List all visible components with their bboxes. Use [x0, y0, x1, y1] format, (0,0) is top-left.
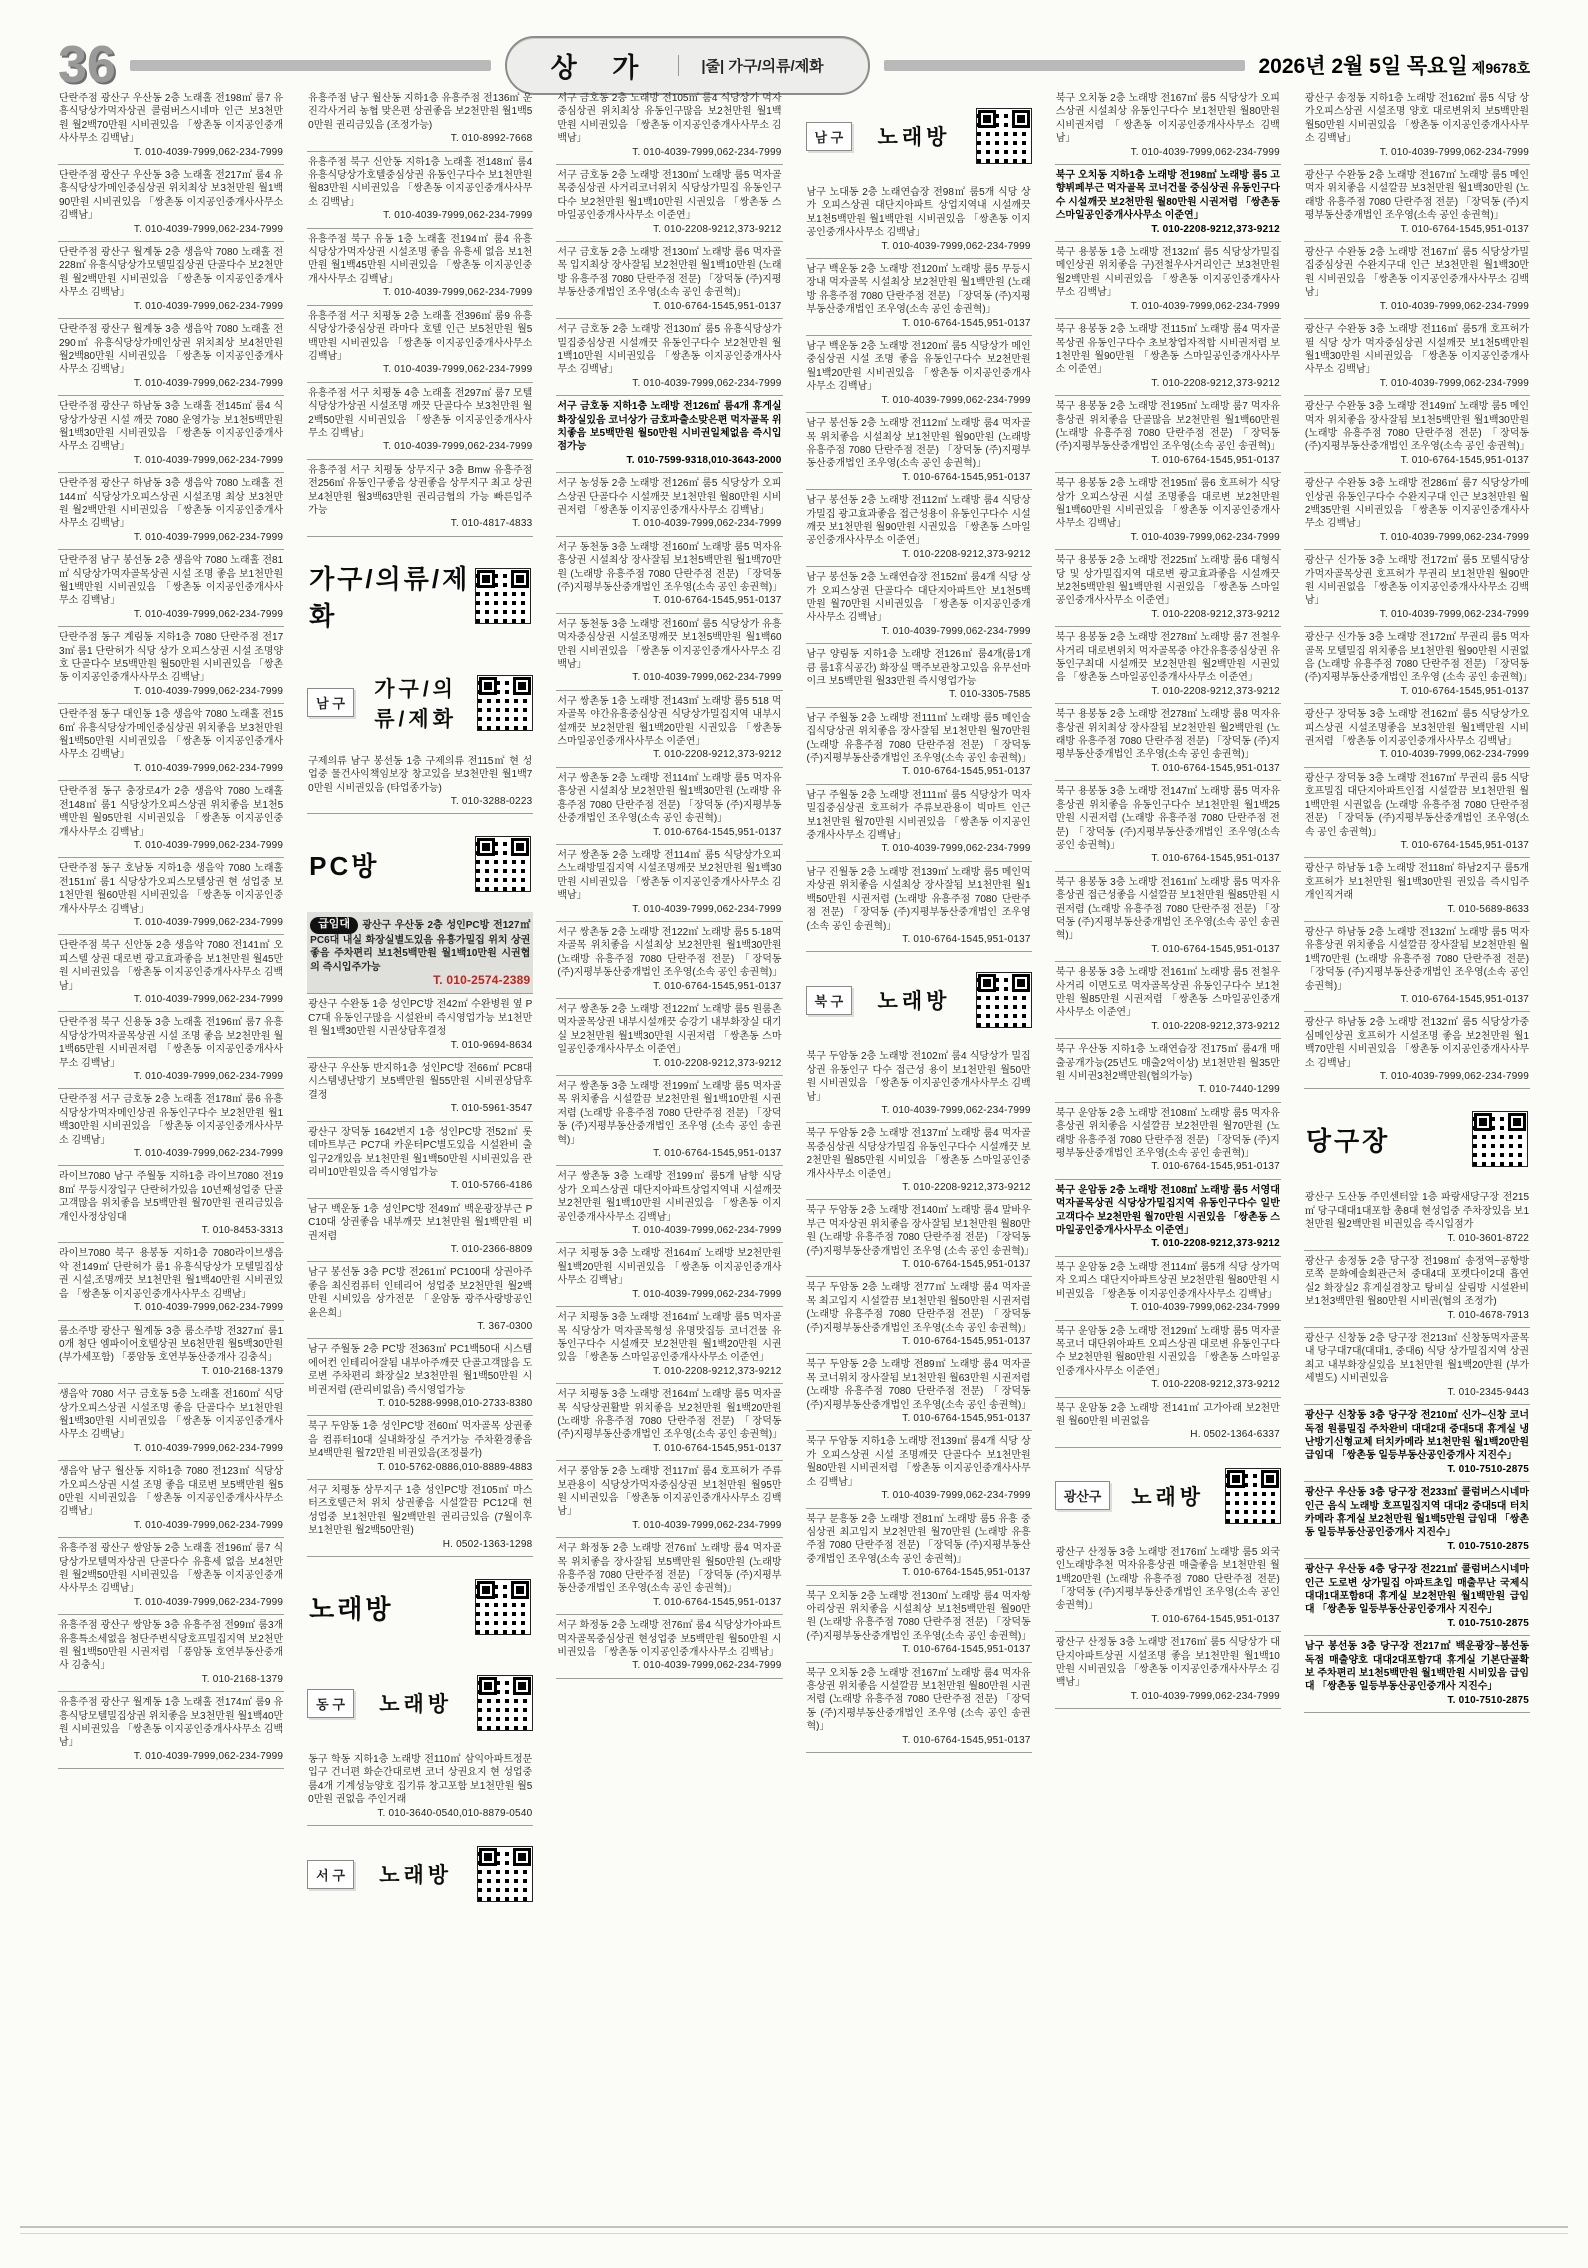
ad-text: 서구 쌍촌동 1층 노래방 전143㎡ 노래방 룸5 518 먹자골목 야간유흥…: [557, 696, 781, 747]
ad-phone: T. 010-4039-7999,062-234-7999: [557, 517, 781, 530]
classified-ad: 유흥주점 광산구 쌍암동 3층 유흥주점 전99㎡ 룸3개 유흥특소세없음 첨단…: [58, 1615, 284, 1692]
ad-text: 서구 금호동 2층 노래방 전105㎡ 룸4 식당상가 먹자중심상권 위치최상 …: [557, 93, 781, 144]
ad-text: 광산구 신가동 3층 노래방 전172㎡ 룸5 모텔식당상가먹자골목상권 호프허…: [1305, 555, 1529, 606]
classified-ad: 광산구 수완동 2층 노래방 전167㎡ 룸5 식당상가밀집중심상권 수완지구대…: [1304, 242, 1530, 319]
ad-phone: T. 010-2208-9212,373-9212: [557, 1057, 781, 1070]
classified-ad: 북구 오치동 2층 노래방 전167㎡ 룸5 식당상가 오피스상권 시설최상 유…: [1055, 88, 1281, 165]
ad-text: 북구 운암동 2층 노래방 전108㎡ 노래방 룸5 먹자유흥상권 위치좋음 시…: [1056, 1108, 1280, 1159]
ad-phone: T. 010-3288-0223: [308, 795, 532, 808]
classified-ad: 남구 진월동 2층 노래방 전139㎡ 노래방 룸5 메인먹자상권 위치좋음 시…: [806, 862, 1032, 952]
ad-text: 남구 봉선동 2층 노래방 전112㎡ 노래방 룸4 먹자골목 위치좋음 시설최…: [807, 418, 1031, 469]
ad-text: 광산구 우산동 반지하1층 성인PC방 전66㎡ PC8대 시스템냉난방기 보5…: [308, 1063, 532, 1101]
ad-text: 단란주점 북구 신용동 3층 노래홀 전196㎡ 룸7 유흥식당상가먹자골목상권…: [59, 1017, 283, 1068]
classified-ad: 서구 농성동 2층 노래방 전126㎡ 룸5 식당상가 오피스상권 단골다수 시…: [556, 473, 782, 537]
ad-text: 광산구 장덕동 3층 노래방 전162㎡ 룸5 식당상가오피스상권 시설조명좋음…: [1305, 709, 1529, 747]
ad-phone: T. 010-4039-7999,062-234-7999: [59, 300, 283, 313]
ad-text: 단란주점 광산구 월계동 2층 생음악 7080 노래홀 전228㎡ 유흥식당상…: [59, 247, 283, 298]
ad-text: 북구 운암동 2층 노래방 전114㎡ 룸5개 식당 상가먹자 오피스 대단지아…: [1056, 1262, 1280, 1300]
ad-text: 광산구 수완동 3층 노래방 전116㎡ 룸5개 호프허가필 식당 상가 먹자중…: [1305, 324, 1529, 375]
classified-ad: 남구 노대동 2층 노래연습장 전98㎡ 룸5개 식당 상가 오피스상권 대단지…: [806, 182, 1032, 259]
column-2: 유흥주점 남구 월산동 지하1층 유흥주점 전136㎡ 운진각사거리 농협 맞은…: [307, 88, 533, 2164]
ad-phone: T. 010-6764-1545,951-0137: [807, 1643, 1031, 1656]
ad-phone: T. 010-7510-2875: [1305, 1463, 1529, 1476]
classified-ad: 남구 백운동 2층 노래방 전120㎡ 룸5 식당상가 메인중심상권 시설 조명…: [806, 336, 1032, 413]
ad-text: 라이브7080 남구 주월동 지하1층 라이브7080 전198㎡ 무등시장입구…: [59, 1171, 283, 1222]
region-badge: 동 구: [307, 1689, 354, 1718]
classified-ad: 단란주점 북구 신용동 3층 노래홀 전196㎡ 룸7 유흥식당상가먹자골목상권…: [58, 1012, 284, 1089]
classified-ad: 유흥주점 남구 월산동 지하1층 유흥주점 전136㎡ 운진각사거리 농협 맞은…: [307, 88, 533, 152]
classified-ad: 단란주점 광산구 우산동 2층 노래홀 전198㎡ 룸7 유흥식당상가먹자상권 …: [58, 88, 284, 165]
qr-code-icon: [477, 1846, 533, 1902]
ad-phone: T. 010-6764-1545,951-0137: [1305, 993, 1529, 1006]
classified-ad: 서구 동천동 3층 노래방 전160㎡ 룸5 식당상가 유흥먹자중심상권 시설조…: [556, 614, 782, 691]
classified-ad: 서구 금호동 지하1층 노래방 전126㎡ 룸4개 휴게실 화장실있음 코너상가…: [556, 396, 782, 473]
ad-phone: T. 010-4039-7999,062-234-7999: [59, 916, 283, 929]
footer-rule-thin: [20, 2233, 1568, 2234]
subsection-title: 노래방: [362, 1688, 469, 1718]
subsection-header: 남 구가구/의류/제화: [307, 653, 533, 751]
section-title: 당구장: [1306, 1121, 1390, 1158]
classified-ad: 북구 운암동 2층 노래방 전129㎡ 노래방 룸5 먹자골목코너 대단위아파트…: [1055, 1321, 1281, 1398]
classified-ad: 단란주점 동구 계림동 지하1층 7080 단란주점 전173㎡ 룸1 단란허가…: [58, 627, 284, 704]
ad-text: 북구 두암동 2층 노래방 전102㎡ 룸4 식당상가 밀집상권 유동인구 다수…: [807, 1051, 1031, 1102]
classified-ad: 광산구 수완동 3층 노래방 전286㎡ 룸7 식당상가메인상권 유동인구다수 …: [1304, 473, 1530, 550]
ad-phone: T. 010-6764-1545,951-0137: [1305, 839, 1529, 852]
classified-ad: 서구 금호동 2층 노래방 전130㎡ 노래방 룸6 먹자골목 입지최상 장사잘…: [556, 242, 782, 319]
date-text: 2026년 2월 5일 목요일: [1259, 55, 1468, 78]
ad-text: 북구 용봉동 3층 노래방 전161㎡ 노래방 룸5 전철우사거리 이면도로 먹…: [1056, 967, 1280, 1018]
classified-ad: 생음악 7080 서구 금호동 5층 노래홀 전160㎡ 식당상가오피스상권 시…: [58, 1384, 284, 1461]
ad-phone: T. 010-4039-7999,062-234-7999: [1305, 1070, 1529, 1083]
ad-phone: T. 010-4039-7999,062-234-7999: [807, 625, 1031, 638]
classified-ad: 광산구 산정동 3층 노래방 전176㎡ 노래방 룸5 외국인노래방추천 먹자유…: [1055, 1542, 1281, 1632]
ad-text: 남구 주월동 2층 노래방 전111㎡ 룸5 식당상가 먹자밀집중심상권 호프허…: [807, 790, 1031, 841]
ad-text: 서구 금호동 2층 노래방 전130㎡ 노래방 룸6 먹자골목 입지최상 장사잘…: [557, 247, 781, 298]
ad-text: 남구 주월동 2층 노래방 전111㎡ 노래방 룸5 메인술집식당상권 위치좋음…: [807, 713, 1032, 764]
ad-phone: T. 010-4039-7999,062-234-7999: [1305, 300, 1529, 313]
classified-ad: 유흥주점 광산구 쌍암동 2층 노래홀 전196㎡ 룸7 식당상가모텔먹자상권 …: [58, 1538, 284, 1615]
classified-ad: 광산구 수완동 1층 성인PC방 전42㎡ 수완병원 옆 PC7대 유동인구많음…: [307, 994, 533, 1058]
ad-text: 단란주점 북구 신안동 2층 생음악 7080 전141㎡ 오피스텔 상권 대로…: [59, 940, 283, 991]
classified-ad: 광산구 우산동 4층 당구장 전221㎡ 콜럼버스시네마인근 도로변 상가밀집 …: [1304, 1559, 1530, 1636]
ad-phone: T. 010-6764-1545,951-0137: [807, 317, 1031, 330]
classified-ad: 서구 금호동 2층 노래방 전130㎡ 노래방 룸5 먹자골목중심상권 사거리코…: [556, 165, 782, 242]
ad-phone: T. 010-4039-7999,062-234-7999: [1305, 377, 1529, 390]
ad-text: 동구 학동 지하1층 노래방 전110㎡ 삼익아파트정문입구 건너편 화순간대로…: [308, 1754, 532, 1805]
ad-text: 서구 풍암동 2층 노래방 전117㎡ 룸4 호프허가 주류보관용이 식당상가먹…: [557, 1466, 781, 1517]
subsection-header: 서 구노래방: [307, 1826, 533, 1920]
ad-text: 유흥주점 광산구 쌍암동 3층 유흥주점 전99㎡ 룸3개 유흥특소세없음 첨단…: [59, 1620, 283, 1671]
ad-phone: T. 010-6764-1545,951-0137: [807, 471, 1031, 484]
classified-ad: 유흥주점 서구 치평동 2층 노래홀 전396㎡ 룸9 유흥식당상가중심상권 라…: [307, 306, 533, 383]
classified-ad: 북구 오치동 지하1층 노래방 전198㎡ 노래방 룸5 고향뷔페부근 먹자골목…: [1055, 165, 1281, 242]
subsection-header: 남 구노래방: [806, 88, 1032, 182]
ad-text: 서구 화정동 2층 노래방 전76㎡ 노래방 룸4 먹자골목 위치좋음 장사잘됨…: [557, 1543, 781, 1594]
classified-ad: 남구 양림동 지하1층 노래방 전126㎡ 룸4개(룸1개큼 룸1휴식공간) 화…: [806, 644, 1032, 708]
region-badge: 서 구: [307, 1860, 354, 1889]
ad-phone: T. 010-4039-7999,062-234-7999: [1305, 531, 1529, 544]
ad-phone: T. 010-6764-1545,951-0137: [807, 1734, 1031, 1747]
ad-phone: H. 0502-1363-1298: [308, 1538, 532, 1551]
classified-ad: 광산구 송정동 2층 당구장 전198㎡ 송정역~공항방로쪽 문화예술회관근처 …: [1304, 1251, 1530, 1328]
ad-phone: T. 010-4039-7999,062-234-7999: [308, 209, 532, 222]
ad-text: 북구 오치동 2층 노래방 전167㎡ 노래방 룸4 먹자유흥상권 위치좋음 시…: [807, 1668, 1031, 1733]
ad-phone: T. 010-4039-7999,062-234-7999: [59, 608, 283, 621]
ad-text: 남구 봉선동 2층 노래방 전112㎡ 노래방 룸4 식당상가밀집 광고효과좋음…: [807, 495, 1031, 546]
classified-ad: 북구 운암동 2층 노래방 전114㎡ 룸5개 식당 상가먹자 오피스 대단지아…: [1055, 1257, 1281, 1321]
footer-rule-thick: [20, 2226, 1568, 2228]
classified-ad: 단란주점 북구 신안동 2층 생음악 7080 전141㎡ 오피스텔 상권 대로…: [58, 935, 284, 1012]
subsection-title: 노래방: [860, 121, 967, 151]
ad-text: 단란주점 동구 충장로4가 2층 생음악 7080 노래홀 전148㎡ 룸1 식…: [59, 786, 283, 837]
ad-phone: T. 010-4039-7999,062-234-7999: [59, 531, 283, 544]
classified-ad: 서구 풍암동 2층 노래방 전117㎡ 룸4 호프허가 주류보관용이 식당상가먹…: [556, 1461, 782, 1538]
ad-text: 북구 두암동 2층 노래방 전77㎡ 노래방 룸4 먹자골목 최고입지 시설깔끔…: [807, 1282, 1032, 1333]
section-header: 가구/의류/제화: [307, 537, 533, 653]
ad-phone: T. 010-3305-7585: [807, 688, 1031, 701]
qr-code-icon: [1225, 1468, 1281, 1524]
ad-phone: T. 010-4039-7999,062-234-7999: [59, 1301, 283, 1314]
ad-text: 유흥주점 서구 치평동 상무지구 3층 Bmw 유흥주점 전256㎡ 유동인구좋…: [308, 465, 532, 516]
ad-text: 남구 봉선동 2층 노래연습장 전152㎡ 룸4개 식당 상가 오피스상권 단골…: [807, 572, 1031, 623]
ad-phone: T. 010-6764-1545,951-0137: [1056, 1613, 1280, 1626]
ad-phone: T. 010-2208-9212,373-9212: [1056, 223, 1280, 236]
ad-text: 북구 오치동 2층 노래방 전130㎡ 노래방 룸4 먹자항아리상권 위치좋음 …: [807, 1591, 1032, 1642]
ad-text: 유흥주점 서구 치평동 4층 노래홀 전297㎡ 룸7 모텔식당상가상권 시설조…: [308, 388, 532, 439]
ad-phone: T. 010-2208-9212,373-9212: [1056, 377, 1280, 390]
ad-text: 광산구 수완동 2층 노래방 전167㎡ 노래방 룸5 메인먹자 위치좋음 시설…: [1305, 170, 1529, 221]
qr-code-icon: [1472, 1111, 1528, 1167]
ad-phone: T. 010-2208-9212,373-9212: [1056, 685, 1280, 698]
ad-phone: T. 010-4039-7999,062-234-7999: [557, 1288, 781, 1301]
ad-phone: T. 010-8992-7668: [308, 132, 532, 145]
ad-phone: T. 010-4039-7999,062-234-7999: [59, 377, 283, 390]
ad-phone: T. 010-6764-1545,951-0137: [807, 933, 1031, 946]
ad-text: 북구 용봉동 3층 노래방 전147㎡ 노래방 룸5 먹자유흥상권 위치좋음 유…: [1056, 786, 1280, 851]
classified-ad: 광산구 장덕동 1642번지 1층 성인PC방 전52㎡ 롯데마트부근 PC7대…: [307, 1122, 533, 1199]
ad-text: 북구 용봉동 2층 노래방 전278㎡ 노래방 룸8 먹자유흥상권 위치최상 장…: [1056, 709, 1280, 760]
ad-phone: T. 010-4039-7999,062-234-7999: [557, 1659, 781, 1672]
ad-text: 유흥주점 북구 신안동 지하1층 노래홀 전148㎡ 룸4 유흥식당상가호텔중심…: [308, 157, 532, 208]
ad-text: 북구 용봉동 2층 노래방 전195㎡ 룸6 호프허가 식당 상가 오피스상권 …: [1056, 478, 1280, 529]
ad-text: 북구 용봉동 2층 노래방 전115㎡ 노래방 룸4 먹자골목상권 유동인구다수…: [1056, 324, 1280, 375]
ad-text: 유흥주점 광산구 쌍암동 2층 노래홀 전196㎡ 룸7 식당상가모텔먹자상권 …: [59, 1543, 283, 1594]
ad-text: 북구 두암동 1층 성인PC방 전60㎡ 먹자골목 상권좋음 컴퓨터10대 실내…: [308, 1421, 532, 1459]
section-banner-title: 상 가: [551, 46, 653, 85]
classified-ad: 구제의류 남구 봉선동 1층 구제의류 전115㎡ 현 성업중 물건사익책임보장…: [307, 751, 533, 815]
ad-phone: T. 010-6764-1545,951-0137: [807, 765, 1031, 778]
classified-ad: 북구 오치동 2층 노래방 전167㎡ 노래방 룸4 먹자유흥상권 위치좋음 시…: [806, 1663, 1032, 1753]
ad-phone: T. 010-2208-9212,373-9212: [807, 1181, 1031, 1194]
classified-ad: 북구 두암동 2층 노래방 전102㎡ 룸4 식당상가 밀집상권 유동인구 다수…: [806, 1046, 1032, 1123]
ad-phone: T. 010-4039-7999,062-234-7999: [1056, 1301, 1280, 1314]
classified-ad: 광산구 신가동 3층 노래방 전172㎡ 룸5 모텔식당상가먹자골목상권 호프허…: [1304, 550, 1530, 627]
section-banner-category: |줄| 가구/의류/제화: [678, 55, 823, 76]
ad-phone: T. 010-6764-1545,951-0137: [807, 1335, 1031, 1348]
ad-phone: T. 010-6764-1545,951-0137: [557, 980, 781, 993]
ad-phone: T. 010-2345-9443: [1305, 1386, 1529, 1399]
ad-phone: T. 010-5766-4186: [308, 1179, 532, 1192]
ad-text: 단란주점 동구 계림동 지하1층 7080 단란주점 전173㎡ 룸1 단란허가…: [59, 632, 283, 683]
classified-ad: 광산구 하남동 1층 노래방 전118㎡ 하남2지구 룸5개 호프허가 보1천만…: [1304, 858, 1530, 922]
ad-text: 유흥주점 북구 유동 1층 노래홀 전194㎡ 룸4 유흥 식당상가먹자상권 시…: [308, 234, 532, 285]
classified-ad: 북구 두암동 2층 노래방 전140㎡ 노래방 룸4 말바우부근 먹자상권 위치…: [806, 1200, 1032, 1277]
qr-code-icon: [475, 568, 531, 624]
ad-phone: T. 010-5689-8633: [1305, 903, 1529, 916]
ad-text: 서구 금호동 2층 노래방 전130㎡ 룸5 유흥식당상가밀집중심상권 시설깨끗…: [557, 324, 781, 375]
ad-text: 생음악 남구 월산동 지하1층 7080 전123㎡ 식당상가오피스상권 시설 …: [59, 1466, 283, 1517]
classified-ad: 광산구 우산동 3층 당구장 전233㎡ 콜럼버스시네마인근 음식 노래방 호프…: [1304, 1482, 1530, 1559]
ad-text: 광산구 하남동 1층 노래방 전118㎡ 하남2지구 룸5개 호프허가 보1천만…: [1305, 863, 1529, 901]
classified-ad: 단란주점 광산구 월계동 3층 생음악 7080 노래홀 전290㎡ 유흥식당상…: [58, 319, 284, 396]
classified-ad: 북구 문흥동 2층 노래방 전81㎡ 노래방 룸5 유흥 중심상권 최고입지 보…: [806, 1509, 1032, 1586]
ad-text: 광산구 수완동 1층 성인PC방 전42㎡ 수완병원 옆 PC7대 유동인구많음…: [308, 999, 532, 1037]
ad-text: 단란주점 동구 대인동 1층 생음악 7080 노래홀 전156㎡ 유흥식당상가…: [59, 709, 283, 760]
ad-text: 남구 백운동 2층 노래방 전120㎡ 노래방 룸5 무등시장내 먹자골목 시설…: [807, 264, 1031, 315]
ad-phone: T. 010-4039-7999,062-234-7999: [59, 1442, 283, 1455]
ad-text: 광산구 도산동 주민센터앞 1층 파랑새당구장 전215㎡ 당구대대1대포함 총…: [1305, 1192, 1529, 1230]
ad-text: 서구 동천동 3층 노래방 전160㎡ 룸5 식당상가 유흥먹자중심상권 시설조…: [557, 619, 781, 670]
ad-text: 광산구 장덕동 3층 노래방 전167㎡ 무권리 룸5 식당호프밀집 대단지아파…: [1305, 773, 1529, 838]
ad-text: 남구 양림동 지하1층 노래방 전126㎡ 룸4개(룸1개큼 룸1휴식공간) 화…: [807, 649, 1031, 687]
ad-phone: T. 010-4039-7999,062-234-7999: [308, 286, 532, 299]
ad-phone: T. 010-4817-4833: [308, 517, 532, 530]
ad-phone: T. 010-6764-1545,951-0137: [557, 300, 781, 313]
classified-ad: 광산구 신가동 3층 노래방 전172㎡ 무권리 룸5 먹자골목 모텔밀집 위치…: [1304, 627, 1530, 704]
qr-code-icon: [475, 836, 531, 892]
ad-phone: T. 010-4039-7999,062-234-7999: [59, 454, 283, 467]
ad-text: 유흥주점 광산구 월계동 1층 노래홀 전174㎡ 룸9 유흥식당모텔밀집상권 …: [59, 1697, 283, 1748]
ad-text: 광산구 산정동 3층 노래방 전176㎡ 노래방 룸5 외국인노래방추천 먹자유…: [1056, 1547, 1280, 1612]
ad-text: 남구 봉선동 3층 PC방 전261㎡ PC100대 상권아주좋음 최신컴퓨터 …: [308, 1267, 532, 1318]
classified-ad: 룸소주방 광산구 월계동 3층 룸소주방 전327㎡ 룸10개 첨단 엠파이어호…: [58, 1321, 284, 1385]
ad-phone: T. 010-7599-9318,010-3643-2000: [557, 454, 781, 467]
ad-text: 북구 우산동 지하1층 노래연습장 전175㎡ 룸4개 매출공개가능(25년도 …: [1056, 1044, 1280, 1082]
ad-text: 생음악 7080 서구 금호동 5층 노래홀 전160㎡ 식당상가오피스상권 시…: [59, 1389, 283, 1440]
ad-phone: T. 010-4678-7913: [1305, 1309, 1529, 1322]
classified-ad: 단란주점 동구 대인동 1층 생음악 7080 노래홀 전156㎡ 유흥식당상가…: [58, 704, 284, 781]
ad-phone: T. 010-4039-7999,062-234-7999: [59, 1070, 283, 1083]
ad-text: 단란주점 광산구 하남동 3층 생음악 7080 노래홀 전144㎡ 식당상가오…: [59, 478, 283, 529]
ad-phone: T. 010-5288-9998,010-2733-8380: [308, 1397, 532, 1410]
qr-code-icon: [475, 1579, 531, 1635]
ad-text: 단란주점 서구 금호동 2층 노래홀 전178㎡ 룸6 유흥식당상가먹자메인상권…: [59, 1094, 283, 1145]
classified-ad: 광산구 신창동 3층 당구장 전210㎡ 신가~신창 코너 독점 원룸밀집 주차…: [1304, 1405, 1530, 1482]
ad-phone: T. 010-4039-7999,062-234-7999: [59, 685, 283, 698]
ad-phone: T. 010-7440-1299: [1056, 1083, 1280, 1096]
ad-text: 북구 두암동 지하1층 노래방 전139㎡ 룸4개 식당 상가 오피스상권 시설…: [807, 1436, 1031, 1487]
ad-phone: T. 010-5961-3547: [308, 1102, 532, 1115]
ad-text: 남구 주월동 2층 PC방 전363㎡ PC1백50대 시스템에어컨 인테리어잘…: [308, 1344, 532, 1395]
ad-text: 단란주점 광산구 하남동 3층 노래홀 전145㎡ 룸4 식당상가상권 시설 깨…: [59, 401, 283, 452]
classified-ad: 서구 쌍촌동 2층 노래방 전114㎡ 노래방 룸5 먹자유흥상권 시설최상 보…: [556, 768, 782, 845]
classified-ad: 서구 화정동 2층 노래방 전76㎡ 룸4 식당상가아파트먹자골목중심상권 현성…: [556, 1615, 782, 1679]
subsection-title: 노래방: [362, 1859, 469, 1889]
section-banner: 상 가 |줄| 가구/의류/제화: [505, 36, 870, 95]
classified-ad: 광산구 도산동 주민센터앞 1층 파랑새당구장 전215㎡ 당구대대1대포함 총…: [1304, 1187, 1530, 1251]
classified-ad: 북구 오치동 2층 노래방 전130㎡ 노래방 룸4 먹자항아리상권 위치좋음 …: [806, 1586, 1032, 1663]
region-badge: 광산구: [1055, 1481, 1111, 1510]
ad-phone: T. 010-2574-2389: [310, 974, 530, 987]
classified-ad: 단란주점 동구 충장로4가 2층 생음악 7080 노래홀 전148㎡ 룸1 식…: [58, 781, 284, 858]
classified-ad: 남구 주월동 2층 노래방 전111㎡ 룸5 식당상가 먹자밀집중심상권 호프허…: [806, 785, 1032, 862]
ad-phone: T. 010-4039-7999,062-234-7999: [557, 1224, 781, 1237]
classified-ad: 남구 주월동 2층 노래방 전111㎡ 노래방 룸5 메인술집식당상권 위치좋음…: [806, 708, 1032, 785]
ad-text: 서구 쌍촌동 3층 노래방 전199㎡ 노래방 룸5 먹자골목 위치좋음 시설깔…: [557, 1081, 781, 1146]
classified-ad: 단란주점 광산구 우산동 3층 노래홀 전217㎡ 룸4 유흥식당상가메인중심상…: [58, 165, 284, 242]
classified-ad: 유흥주점 서구 치평동 상무지구 3층 Bmw 유흥주점 전256㎡ 유동인구좋…: [307, 460, 533, 537]
ad-text: 서구 금호동 지하1층 노래방 전126㎡ 룸4개 휴게실 화장실있음 코너상가…: [557, 401, 781, 452]
ad-text: 광산구 하남동 2층 노래방 전132㎡ 노래방 룸5 먹자유흥상권 위치좋음 …: [1305, 927, 1529, 992]
region-badge: 북 구: [806, 986, 853, 1015]
classified-ad: 서구 쌍촌동 3층 노래방 전199㎡ 노래방 룸5 먹자골목 위치좋음 시설깔…: [556, 1076, 782, 1166]
ad-phone: T. 010-4039-7999,062-234-7999: [557, 1519, 781, 1532]
classified-ad: 북구 우산동 지하1층 노래연습장 전175㎡ 룸4개 매출공개가능(25년도 …: [1055, 1039, 1281, 1103]
ad-phone: T. 010-4039-7999,062-234-7999: [1056, 146, 1280, 159]
ad-phone: T. 010-4039-7999,062-234-7999: [1056, 1690, 1280, 1703]
ad-text: 광산구 산정동 3층 노래방 전176㎡ 룸5 식당상가 대단지아파트상권 시설…: [1056, 1637, 1280, 1688]
ad-phone: T. 010-8453-3313: [59, 1224, 283, 1237]
classified-ad: 서구 쌍촌동 2층 노래방 전114㎡ 룸5 식당상가오피스노래방밀집지역 시설…: [556, 845, 782, 922]
classified-ad: 서구 쌍촌동 2층 노래방 전122㎡ 노래방 룸5 5·18먹자골목 위치좋음…: [556, 922, 782, 999]
ad-phone: T. 010-2168-1379: [59, 1365, 283, 1378]
qr-code-icon: [976, 108, 1032, 164]
ad-phone: T. 010-2208-9212,373-9212: [557, 223, 781, 236]
ad-text: 북구 두암동 2층 노래방 전140㎡ 노래방 룸4 말바우부근 먹자상권 위치…: [807, 1205, 1032, 1256]
ad-phone: T. 010-6764-1545,951-0137: [557, 826, 781, 839]
classified-ad: 광산구 장덕동 3층 노래방 전162㎡ 룸5 식당상가오피스상권 시설조명좋음…: [1304, 704, 1530, 768]
ad-phone: T. 010-6764-1545,951-0137: [1056, 943, 1280, 956]
ad-phone: T. 010-6764-1545,951-0137: [1305, 685, 1529, 698]
ad-text: 북구 두암동 2층 노래방 전137㎡ 노래방 룸4 먹자골목중심상권 식당상가…: [807, 1128, 1031, 1179]
ad-text: 구제의류 남구 봉선동 1층 구제의류 전115㎡ 현 성업중 물건사익책임보장…: [308, 756, 532, 794]
ad-text: 단란주점 광산구 우산동 3층 노래홀 전217㎡ 룸4 유흥식당상가메인중심상…: [59, 170, 283, 221]
subsection-header: 광산구노래방: [1055, 1448, 1281, 1542]
column-1: 단란주점 광산구 우산동 2층 노래홀 전198㎡ 룸7 유흥식당상가먹자상권 …: [58, 88, 284, 2164]
ad-text: 북구 오치동 2층 노래방 전167㎡ 룸5 식당상가 오피스상권 시설최상 유…: [1056, 93, 1280, 144]
ad-text: 북구 두암동 2층 노래방 전89㎡ 노래방 룸4 먹자골목 코너위치 장사잘됨…: [807, 1359, 1032, 1410]
ad-text: 광산구 수완동 3층 노래방 전286㎡ 룸7 식당상가메인상권 유동인구다수 …: [1305, 478, 1529, 529]
ad-text: 북구 문흥동 2층 노래방 전81㎡ 노래방 룸5 유흥 중심상권 최고입지 보…: [807, 1514, 1031, 1565]
subsection-title: 노래방: [860, 985, 967, 1015]
section-header: 당구장: [1304, 1089, 1530, 1187]
classified-ad: 단란주점 광산구 하남동 3층 노래홀 전145㎡ 룸4 식당상가상권 시설 깨…: [58, 396, 284, 473]
section-title: 노래방: [309, 1589, 393, 1626]
classified-ad: 남구 백운동 1층 성인PC방 전49㎡ 백운광장부근 PC10대 상권좋음 내…: [307, 1199, 533, 1263]
classified-ad: 남구 봉선동 3층 PC방 전261㎡ PC100대 상권아주좋음 최신컴퓨터 …: [307, 1262, 533, 1339]
ad-text: 서구 농성동 2층 노래방 전126㎡ 룸5 식당상가 오피스상권 단골다수 시…: [557, 478, 781, 516]
ad-phone: T. 010-4039-7999,062-234-7999: [59, 1519, 283, 1532]
masthead-rule-right: [884, 60, 1245, 71]
ad-text: 북구 용봉동 1층 노래방 전132㎡ 룸5 식당상가밀집메인상권 위치좋음 구…: [1056, 247, 1280, 298]
classified-ad: 남구 봉선동 2층 노래방 전112㎡ 노래방 룸4 식당상가밀집 광고효과좋음…: [806, 490, 1032, 567]
qr-code-icon: [477, 675, 533, 731]
section-header: 노래방: [307, 1557, 533, 1655]
ad-phone: H. 0502-1364-6337: [1056, 1428, 1280, 1441]
classified-ad: 광산구 산정동 3층 노래방 전176㎡ 룸5 식당상가 대단지아파트상권 시설…: [1055, 1632, 1281, 1709]
ad-text: 룸소주방 광산구 월계동 3층 룸소주방 전327㎡ 룸10개 첨단 엠파이어호…: [59, 1326, 283, 1364]
ad-phone: T. 010-6764-1545,951-0137: [557, 594, 781, 607]
classified-ad: 단란주점 남구 봉선동 2층 생음악 7080 노래홀 전81㎡ 식당상가먹자골…: [58, 550, 284, 627]
classified-ad: 북구 운암동 2층 노래방 전108㎡ 노래방 룸5 먹자유흥상권 위치좋음 시…: [1055, 1103, 1281, 1180]
ad-text: 단란주점 광산구 우산동 2층 노래홀 전198㎡ 룸7 유흥식당상가먹자상권 …: [59, 93, 283, 144]
classified-ad: 남구 백운동 2층 노래방 전120㎡ 노래방 룸5 무등시장내 먹자골목 시설…: [806, 259, 1032, 336]
column-3: 서구 금호동 2층 노래방 전105㎡ 룸4 식당상가 먹자중심상권 위치최상 …: [556, 88, 782, 2164]
ad-text: 북구 용봉동 3층 노래방 전161㎡ 노래방 룸5 먹자유흥상권 접근성좋음 …: [1056, 877, 1280, 942]
ad-text: 서구 금호동 2층 노래방 전130㎡ 노래방 룸5 먹자골목중심상권 사거리코…: [557, 170, 781, 221]
ad-phone: T. 010-6764-1545,951-0137: [557, 1442, 781, 1455]
classified-ad: 생음악 남구 월산동 지하1층 7080 전123㎡ 식당상가오피스상권 시설 …: [58, 1461, 284, 1538]
classified-ad: 북구 운암동 2층 노래방 전108㎡ 노래방 룸5 서영대 먹자골목상권 식당…: [1055, 1180, 1281, 1257]
classified-ad: 단란주점 서구 금호동 2층 노래홀 전178㎡ 룸6 유흥식당상가먹자메인상권…: [58, 1089, 284, 1166]
subsection-title: 가구/의류/제화: [362, 673, 469, 733]
ad-phone: T. 010-4039-7999,062-234-7999: [557, 671, 781, 684]
ad-phone: T. 010-4039-7999,062-234-7999: [59, 1750, 283, 1763]
classified-ad: 광산구 수완동 2층 노래방 전167㎡ 노래방 룸5 메인먹자 위치좋음 시설…: [1304, 165, 1530, 242]
ad-text: 단란주점 남구 봉선동 2층 생음악 7080 노래홀 전81㎡ 식당상가먹자골…: [59, 555, 283, 606]
classified-ad: 북구 두암동 2층 노래방 전77㎡ 노래방 룸4 먹자골목 최고입지 시설깔끔…: [806, 1277, 1032, 1354]
ad-text: 광산구 송정동 지하1층 노래방 전162㎡ 룸5 식당 상가오피스상권 시설조…: [1305, 93, 1529, 144]
classified-ad: 광산구 하남동 2층 노래방 전132㎡ 룸5 식당상가중심메인상권 호프허가 …: [1304, 1012, 1530, 1089]
ad-phone: T. 010-2208-9212,373-9212: [1056, 1020, 1280, 1033]
classified-ad: 서구 치평동 3층 노래방 전164㎡ 노래방 보2천만원 월1백20만원 시비…: [556, 1243, 782, 1307]
ad-phone: T. 010-2208-9212,373-9212: [1056, 1237, 1280, 1250]
ad-phone: T. 010-2208-9212,373-9212: [807, 548, 1031, 561]
qr-code-icon: [976, 972, 1032, 1028]
ad-text: 남구 봉선동 3층 당구장 전217㎡ 백운광장~봉선동 독점 매출양호 대대2…: [1305, 1641, 1529, 1692]
section-title: 가구/의류/제화: [309, 559, 475, 633]
ad-phone: T. 367-0300: [308, 1320, 532, 1333]
urgent-badge: 급임대: [310, 917, 358, 933]
ad-text: 북구 운암동 2층 노래방 전108㎡ 노래방 룸5 서영대 먹자골목상권 식당…: [1056, 1185, 1280, 1236]
ad-text: 서구 치평동 3층 노래방 전164㎡ 노래방 룸5 먹자골목 식당상가 먹자골…: [557, 1312, 781, 1363]
ad-phone: T. 010-4039-7999,062-234-7999: [807, 842, 1031, 855]
classified-ad: 북구 두암동 1층 성인PC방 전60㎡ 먹자골목 상권좋음 컴퓨터10대 실내…: [307, 1416, 533, 1480]
classified-columns: 단란주점 광산구 우산동 2층 노래홀 전198㎡ 룸7 유흥식당상가먹자상권 …: [0, 72, 1588, 2164]
ad-phone: T. 010-6764-1545,951-0137: [1056, 1160, 1280, 1173]
ad-phone: T. 010-4039-7999,062-234-7999: [557, 377, 781, 390]
masthead: 36 상 가 |줄| 가구/의류/제화 2026년 2월 5일 목요일제9678…: [0, 0, 1588, 72]
classified-ad: 북구 두암동 지하1층 노래방 전139㎡ 룸4개 식당 상가 오피스상권 시설…: [806, 1431, 1032, 1508]
ad-phone: T. 010-4039-7999,062-234-7999: [1305, 608, 1529, 621]
ad-text: 광산구 신가동 3층 노래방 전172㎡ 무권리 룸5 먹자골목 모텔밀집 위치…: [1305, 632, 1530, 683]
section-title: PC방: [309, 846, 379, 883]
region-badge: 남 구: [806, 122, 853, 151]
ad-phone: T. 010-4039-7999,062-234-7999: [308, 363, 532, 376]
ad-phone: T. 010-6764-1545,951-0137: [807, 1258, 1031, 1271]
ad-phone: T. 010-2168-1379: [59, 1673, 283, 1686]
column-4: 남 구노래방남구 노대동 2층 노래연습장 전98㎡ 룸5개 식당 상가 오피스…: [806, 88, 1032, 2164]
ad-phone: T. 010-6764-1545,951-0137: [1056, 762, 1280, 775]
region-badge: 남 구: [307, 688, 354, 717]
classified-ad: 남구 봉선동 3층 당구장 전217㎡ 백운광장~봉선동 독점 매출양호 대대2…: [1304, 1636, 1530, 1713]
classified-ad: 북구 용봉동 2층 노래방 전195㎡ 노래방 룸7 먹자유흥상권 위치좋음 단…: [1055, 396, 1281, 473]
ad-text: 광산구 송정동 2층 당구장 전198㎡ 송정역~공항방로쪽 문화예술회관근처 …: [1305, 1256, 1529, 1307]
column-6: 광산구 송정동 지하1층 노래방 전162㎡ 룸5 식당 상가오피스상권 시설조…: [1304, 88, 1530, 2164]
ad-phone: T. 010-4039-7999,062-234-7999: [59, 993, 283, 1006]
ad-phone: T. 010-4039-7999,062-234-7999: [1305, 146, 1529, 159]
classified-ad: 광산구 수완동 3층 노래방 전116㎡ 룸5개 호프허가필 식당 상가 먹자중…: [1304, 319, 1530, 396]
subsection-title: 노래방: [1118, 1481, 1216, 1511]
ad-text: 광산구 우산동 3층 당구장 전233㎡ 콜럼버스시네마인근 음식 노래방 호프…: [1305, 1487, 1529, 1538]
ad-text: 서구 동천동 3층 노래방 전160㎡ 노래방 룸5 먹자유흥상권 시설최상 장…: [557, 542, 782, 593]
ad-phone: T. 010-4039-7999,062-234-7999: [59, 1596, 283, 1609]
ad-phone: T. 010-4039-7999,062-234-7999: [807, 1104, 1031, 1117]
ad-text: 라이브7080 북구 용봉동 지하1층 7080라이브생음악 전149㎡ 단란허…: [59, 1248, 283, 1299]
ad-phone: T. 010-4039-7999,062-234-7999: [59, 223, 283, 236]
ad-phone: T. 010-4039-7999,062-234-7999: [1305, 748, 1529, 761]
subsection-header: 북 구노래방: [806, 952, 1032, 1046]
